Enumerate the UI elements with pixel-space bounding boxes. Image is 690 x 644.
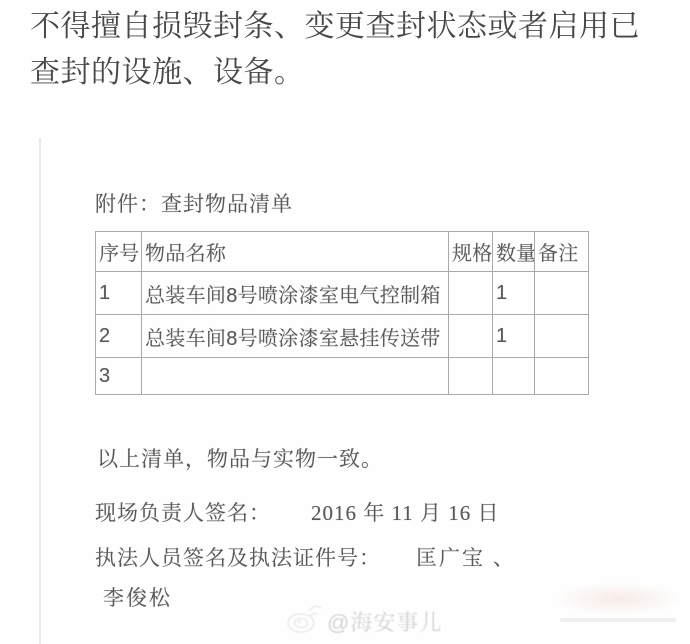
cell-item-name: 总装车间8号喷涂漆室电气控制箱 xyxy=(142,272,449,315)
confirmation-statement: 以上清单，物品与实物一致。 xyxy=(97,443,383,473)
regulation-heading-line2: 查封的设施、设备。 xyxy=(30,50,675,96)
sealed-items-table: 序号 物品名称 规格 数量 备注 1 总装车间8号喷涂漆室电气控制箱 1 2 总… xyxy=(95,231,589,395)
cell-qty xyxy=(493,358,535,395)
page-edge-line xyxy=(39,138,41,644)
cell-qty: 1 xyxy=(493,315,535,358)
cell-no: 1 xyxy=(96,272,142,315)
table-row: 2 总装车间8号喷涂漆室悬挂传送带 1 xyxy=(96,315,589,358)
weibo-account-text: @海安事儿 xyxy=(327,606,442,637)
corner-watermark-blob xyxy=(552,582,684,616)
cell-item-name xyxy=(142,358,449,395)
cell-qty: 1 xyxy=(493,272,535,315)
table-row: 3 xyxy=(96,358,589,395)
cell-note xyxy=(535,358,589,395)
regulation-heading: 不得擅自损毁封条、变更查封状态或者启用已 查封的设施、设备。 xyxy=(30,4,675,96)
cell-no: 2 xyxy=(96,315,142,358)
header-no: 序号 xyxy=(96,232,142,272)
header-qty: 数量 xyxy=(493,232,535,272)
officers-signature-label: 执法人员签名及执法证件号： xyxy=(95,542,381,572)
officer-name-1: 匡广宝 、 xyxy=(416,542,516,572)
site-manager-signature-label: 现场负责人签名： xyxy=(95,497,271,527)
cell-spec xyxy=(449,272,493,315)
weibo-watermark: @海安事儿 xyxy=(283,597,442,637)
cell-note xyxy=(535,315,589,358)
cell-note xyxy=(535,272,589,315)
attachment-title: 附件：查封物品清单 xyxy=(95,188,293,218)
header-item-name: 物品名称 xyxy=(142,232,449,272)
header-note: 备注 xyxy=(535,232,589,272)
corner-watermark-caption xyxy=(560,618,676,622)
table-row: 1 总装车间8号喷涂漆室电气控制箱 1 xyxy=(96,272,589,315)
header-spec: 规格 xyxy=(449,232,493,272)
officer-name-2: 李俊松 xyxy=(103,582,172,612)
regulation-heading-line1: 不得擅自损毁封条、变更查封状态或者启用已 xyxy=(30,4,675,50)
cell-spec xyxy=(449,315,493,358)
signature-date: 2016 年 11 月 16 日 xyxy=(311,497,499,527)
table-header-row: 序号 物品名称 规格 数量 备注 xyxy=(96,232,589,272)
cell-spec xyxy=(449,358,493,395)
cell-item-name: 总装车间8号喷涂漆室悬挂传送带 xyxy=(142,315,449,358)
cell-no: 3 xyxy=(96,358,142,395)
weibo-logo-icon xyxy=(283,597,325,637)
